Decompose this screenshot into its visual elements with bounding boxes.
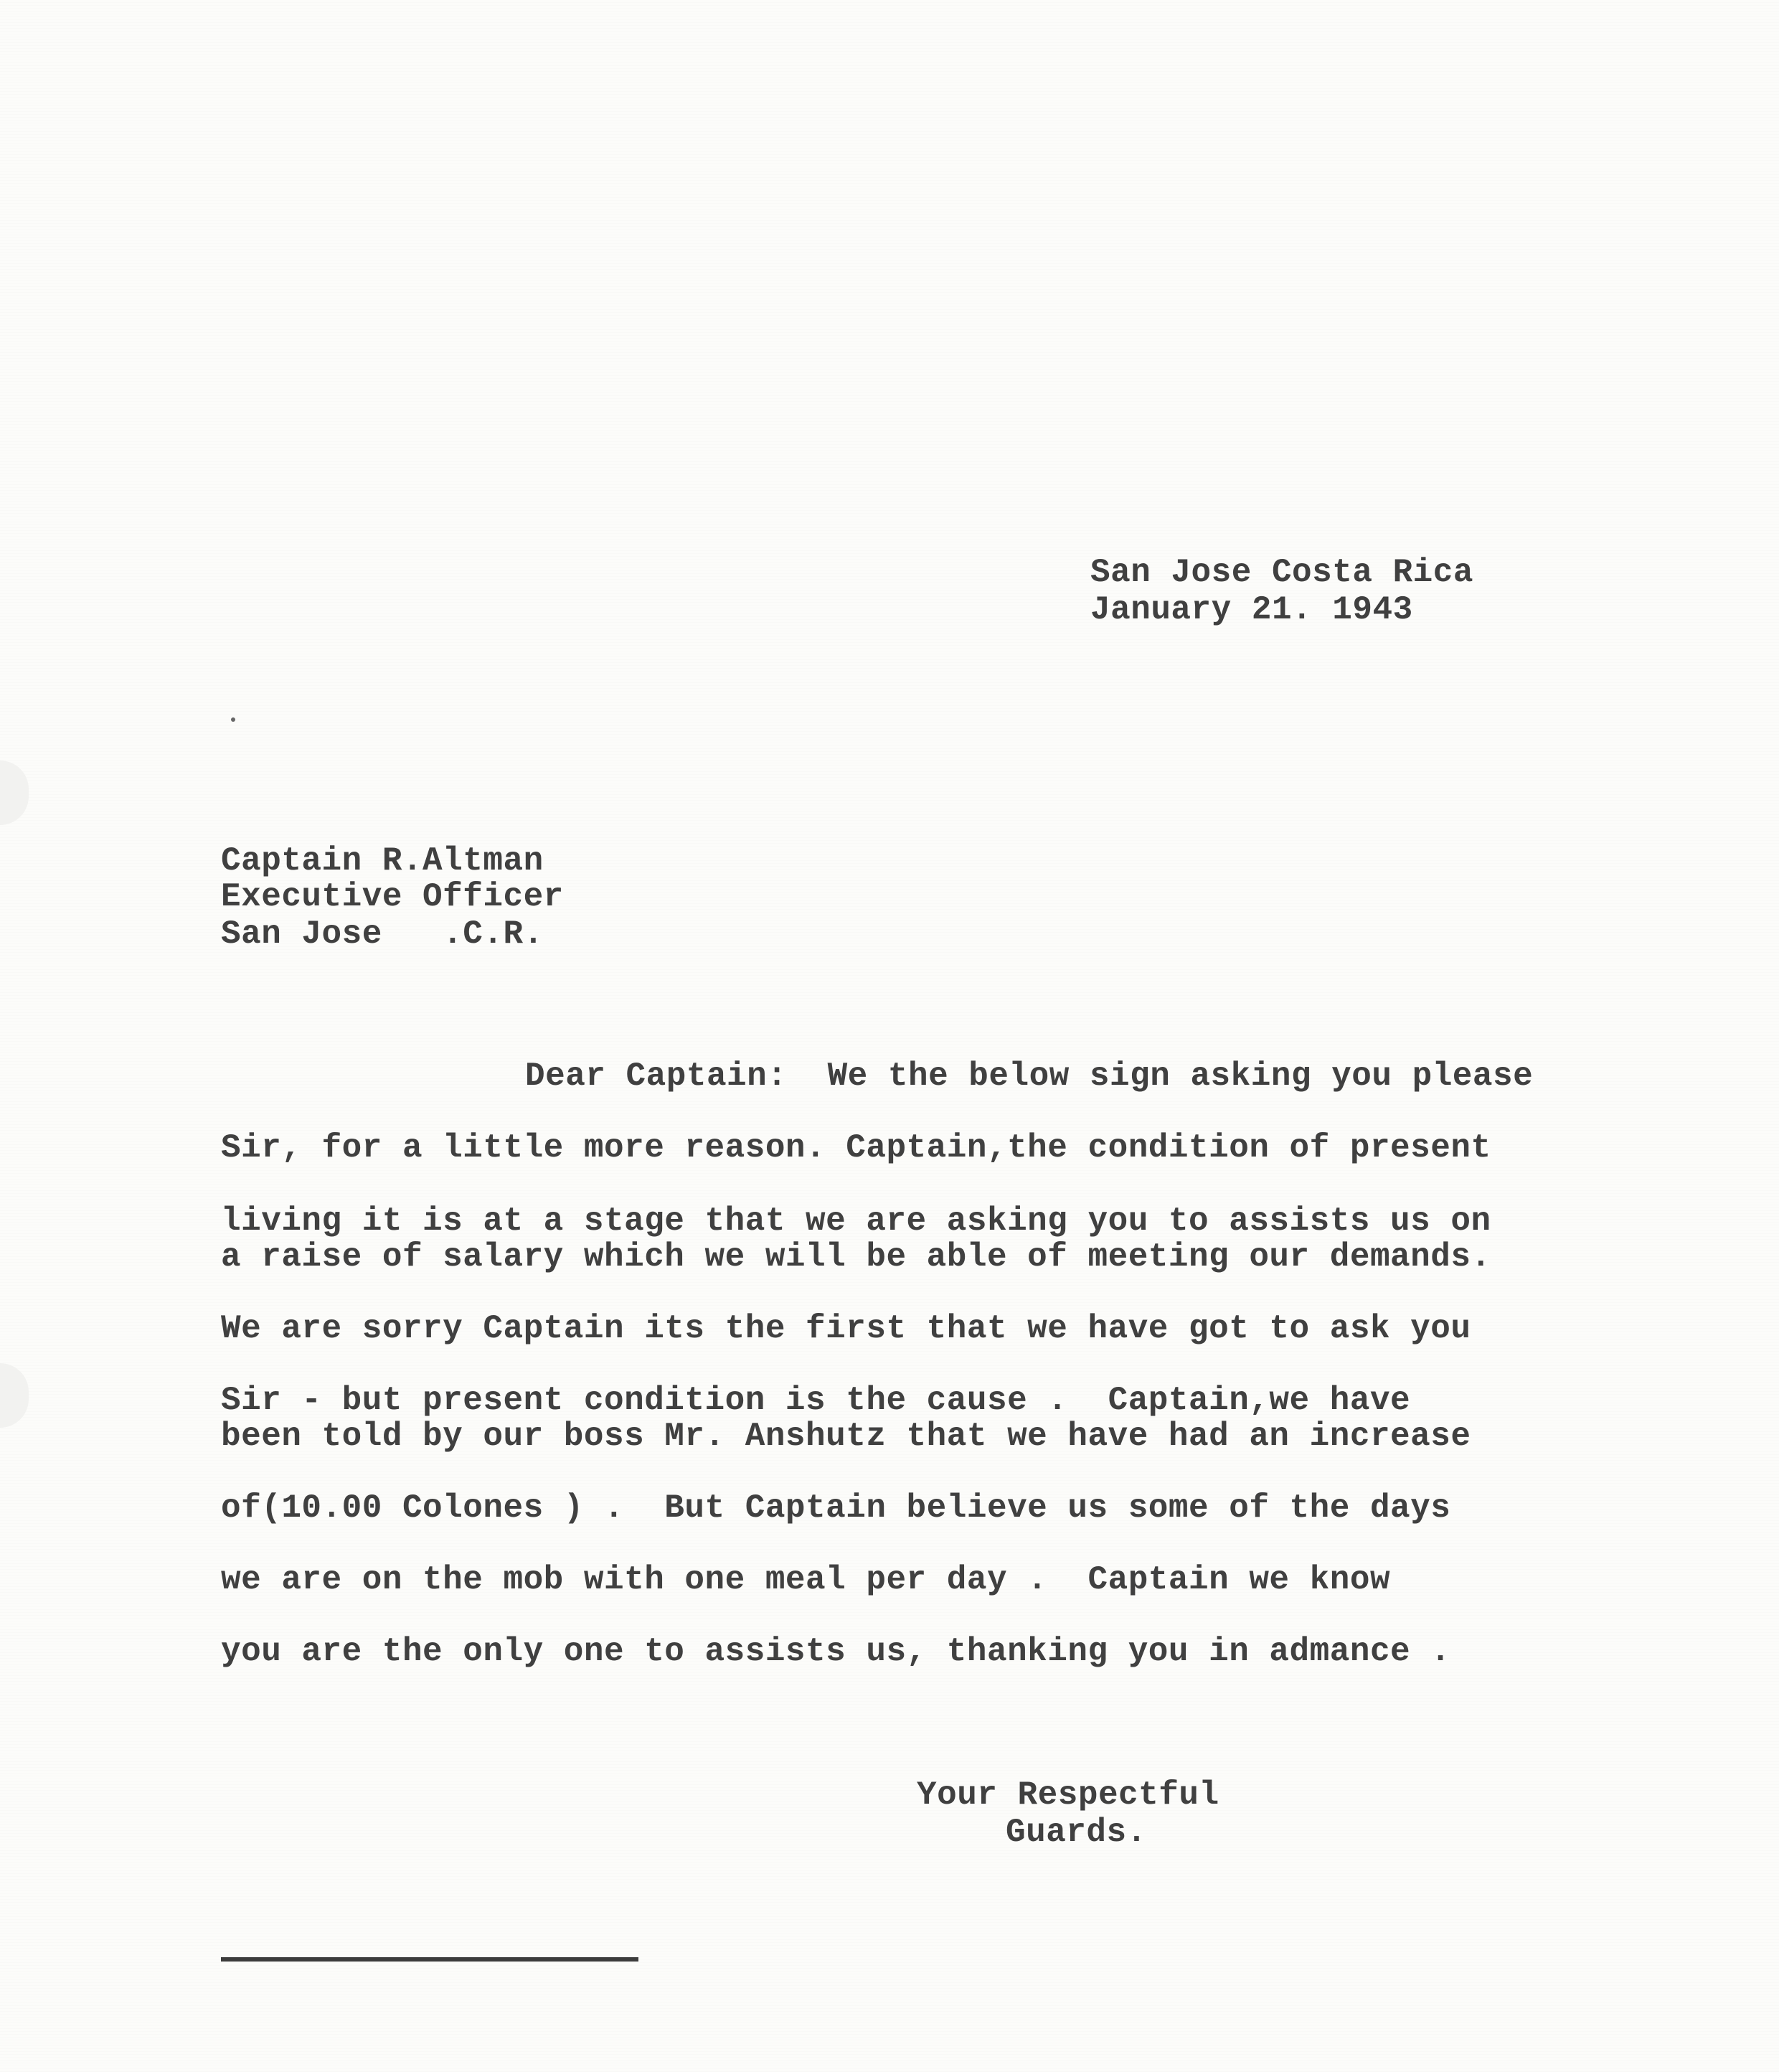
body-line: been told by our boss Mr. Anshutz that w… bbox=[221, 1418, 1471, 1455]
body-line-salutation: Dear Captain: We the below sign asking y… bbox=[525, 1058, 1533, 1095]
recipient-title: Executive Officer bbox=[221, 878, 564, 915]
body-line: a raise of salary which we will be able … bbox=[221, 1238, 1491, 1276]
punch-hole bbox=[0, 760, 29, 825]
body-line: We are sorry Captain its the first that … bbox=[221, 1310, 1471, 1347]
letter-page: San Jose Costa Rica January 21. 1943 Cap… bbox=[0, 0, 1779, 2072]
body-line: we are on the mob with one meal per day … bbox=[221, 1561, 1390, 1598]
body-line: of(10.00 Colones ) . But Captain believe… bbox=[221, 1489, 1450, 1527]
heading-place: San Jose Costa Rica bbox=[1090, 554, 1473, 591]
body-line: you are the only one to assists us, than… bbox=[221, 1633, 1450, 1670]
body-line: Sir - but present condition is the cause… bbox=[221, 1382, 1410, 1419]
punch-hole bbox=[0, 1363, 29, 1428]
body-line: Sir, for a little more reason. Captain,t… bbox=[221, 1129, 1491, 1167]
closing-line: Your Respectful bbox=[917, 1776, 1219, 1814]
closing-signature: Guards. bbox=[1006, 1814, 1147, 1851]
recipient-name: Captain R.Altman bbox=[221, 842, 544, 880]
body-line: living it is at a stage that we are aski… bbox=[221, 1202, 1491, 1240]
signature-rule bbox=[221, 1957, 638, 1962]
heading-date: January 21. 1943 bbox=[1090, 591, 1413, 628]
ink-speck bbox=[231, 717, 235, 722]
recipient-location: San Jose .C.R. bbox=[221, 915, 544, 953]
